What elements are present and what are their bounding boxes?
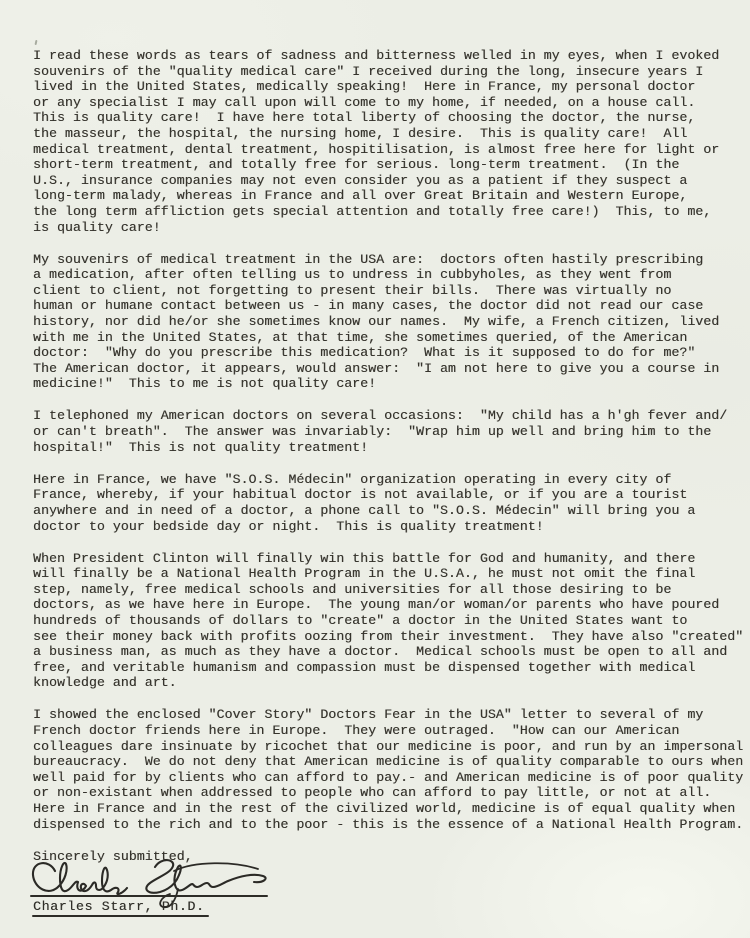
- letter-paragraph: My souvenirs of medical treatment in the…: [33, 252, 745, 392]
- letter-paragraph: I showed the enclosed "Cover Story" Doct…: [33, 707, 745, 832]
- letter-body: I read these words as tears of sadness a…: [33, 48, 745, 864]
- typed-name: Charles Starr, Ph.D.: [33, 899, 205, 914]
- letter-paragraph: I telephoned my American doctors on seve…: [33, 408, 745, 455]
- letter-page: I read these words as tears of sadness a…: [0, 0, 750, 938]
- signature-line: [30, 895, 268, 897]
- letter-paragraph: Here in France, we have "S.O.S. Médecin"…: [33, 472, 745, 534]
- typed-name-underline: [32, 915, 209, 917]
- stray-ink-mark: [35, 40, 38, 45]
- letter-paragraph: I read these words as tears of sadness a…: [33, 48, 745, 235]
- letter-paragraph: When President Clinton will finally win …: [33, 551, 745, 691]
